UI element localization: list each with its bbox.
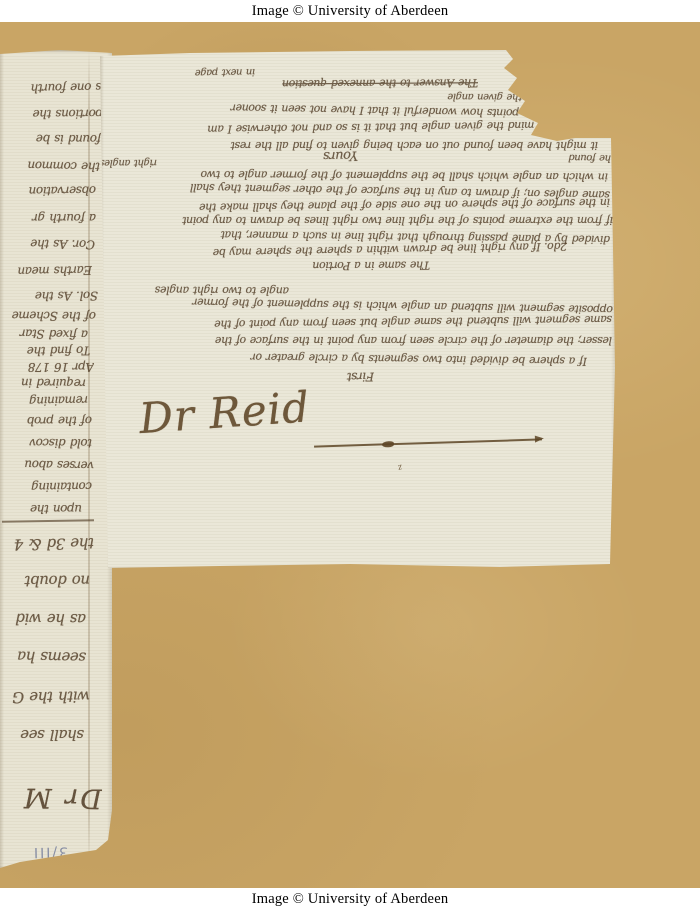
manuscript-line: of the prob — [0, 412, 92, 429]
manuscript-line: the given angle — [416, 86, 522, 103]
manuscript-line: he found — [556, 147, 611, 164]
stray-ink-mark: z — [397, 462, 403, 474]
manuscript-line: the common — [0, 156, 100, 174]
manuscript-line: a fixed Star — [0, 324, 88, 342]
manuscript-line: remaining — [0, 391, 88, 409]
manuscript-line: of the Scheme — [0, 307, 96, 324]
manuscript-line: Earths mean — [0, 261, 92, 279]
manuscript-line: same segment will subtend the same angle… — [112, 310, 612, 332]
manuscript-line: seems ha — [0, 649, 86, 667]
manuscript-line: found is be — [3, 130, 101, 147]
copyright-text-bottom: Image © University of Aberdeen — [252, 891, 449, 908]
manuscript-line: The same in a Portion — [300, 256, 430, 273]
manuscript-line: as he wid — [0, 612, 86, 629]
copyright-banner-top: Image © University of Aberdeen — [0, 0, 700, 22]
flourish-arrow-tip — [535, 435, 544, 442]
manuscript-line: upon the — [0, 500, 82, 516]
left-manuscript-strip: is one fourthportions thefound is bethe … — [0, 50, 112, 870]
manuscript-page: Dr Reid z in next pageThe Answer to the … — [100, 48, 616, 570]
copyright-banner-bottom: Image © University of Aberdeen — [0, 888, 700, 910]
manuscript-line: To find the — [0, 341, 90, 358]
manuscript-line: it might have been found out on each bei… — [118, 136, 598, 152]
manuscript-line: Yours — [310, 147, 358, 164]
manuscript-line: shall see — [0, 728, 84, 744]
manuscript-line: portions the — [3, 105, 103, 122]
manuscript-line: in your own mind the given angle but tha… — [112, 115, 602, 137]
signature-text: Dr Reid — [138, 382, 312, 443]
archival-number: 3/III — [10, 843, 68, 860]
manuscript-line: verses abou — [0, 455, 94, 473]
manuscript-line: Apr 16 178 — [8, 358, 94, 374]
manuscript-line: required in — [0, 373, 86, 390]
copyright-text-top: Image © University of Aberdeen — [252, 3, 449, 20]
manuscript-line: If a sphere be divided into two segments… — [125, 346, 587, 368]
manuscript-line: told discov — [0, 434, 92, 451]
ink-blob — [382, 441, 394, 447]
dr-reid-signature: Dr Reid — [138, 374, 433, 474]
manuscript-line: First — [330, 368, 374, 385]
manuscript-line: lesser; the diameter of the circle seen … — [112, 331, 612, 347]
manuscript-line: Cor. As the — [0, 234, 95, 251]
manuscript-line: containing — [0, 477, 92, 494]
manuscript-line: Sol. As the — [0, 287, 98, 304]
manuscript-line: no doubt — [0, 574, 90, 591]
album-page-background: is one fourthportions thefound is bethe … — [0, 22, 700, 888]
manuscript-scan-viewport: Image © University of Aberdeen is one fo… — [0, 0, 700, 910]
ink-rule — [2, 519, 94, 522]
manuscript-line: the 3d & 4 — [0, 536, 94, 554]
manuscript-line: observation — [0, 181, 96, 198]
manuscript-line: Dr M — [2, 771, 102, 813]
manuscript-line: a fourth gr — [0, 209, 96, 225]
manuscript-line: is one fourth — [3, 78, 105, 96]
manuscript-line: with the G — [0, 689, 90, 706]
